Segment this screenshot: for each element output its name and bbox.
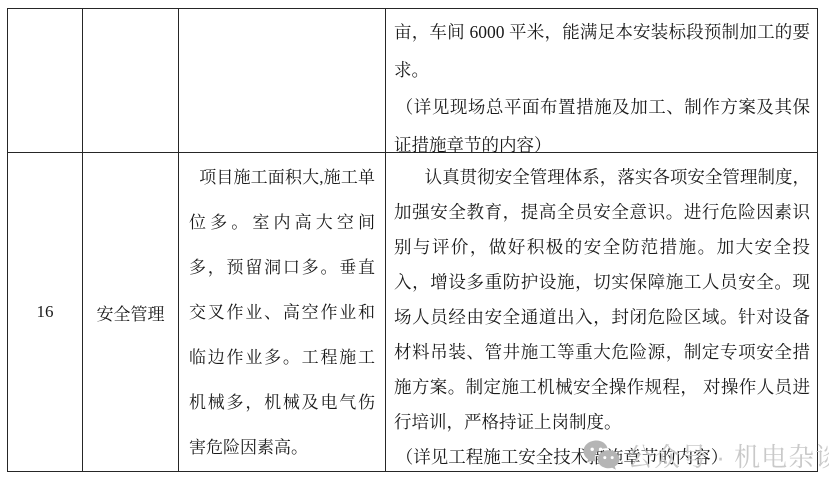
factors-text-r2: 项目施工面积大,施工单位多。室内高大空间多，预留洞口多。垂直交叉作业、高空作业和… xyxy=(189,155,375,470)
safety-management-table: 亩，车间 6000 平米，能满足本安装标段预制加工的要求。 （详见现场总平面布置… xyxy=(7,8,818,472)
cell-r1-measures: 亩，车间 6000 平米，能满足本安装标段预制加工的要求。 （详见现场总平面布置… xyxy=(386,9,817,153)
cell-r2-category: 安全管理 xyxy=(83,153,179,471)
document-page: 亩，车间 6000 平米，能满足本安装标段预制加工的要求。 （详见现场总平面布置… xyxy=(0,0,829,481)
measures-paragraph: 认真贯彻安全管理体系，落实各项安全管理制度，加强安全教育，提高全员安全意识。进行… xyxy=(394,160,810,440)
cell-r1-category xyxy=(83,9,179,153)
measures-reference-note: （详见工程施工安全技术措施章节的内容） xyxy=(394,440,810,471)
cell-r1-no xyxy=(8,9,83,153)
cell-r2-no: 16 xyxy=(8,153,83,471)
cell-r2-measures: 认真贯彻安全管理体系，落实各项安全管理制度，加强安全教育，提高全员安全意识。进行… xyxy=(386,153,817,471)
measures-paragraph: 亩，车间 6000 平米，能满足本安装标段预制加工的要求。 xyxy=(394,14,810,89)
cell-r2-factors: 项目施工面积大,施工单位多。室内高大空间多，预留洞口多。垂直交叉作业、高空作业和… xyxy=(179,153,386,471)
measures-reference-note: （详见现场总平面布置措施及加工、制作方案及其保证措施章节的内容） xyxy=(394,89,810,153)
cell-r1-factors xyxy=(179,9,386,153)
